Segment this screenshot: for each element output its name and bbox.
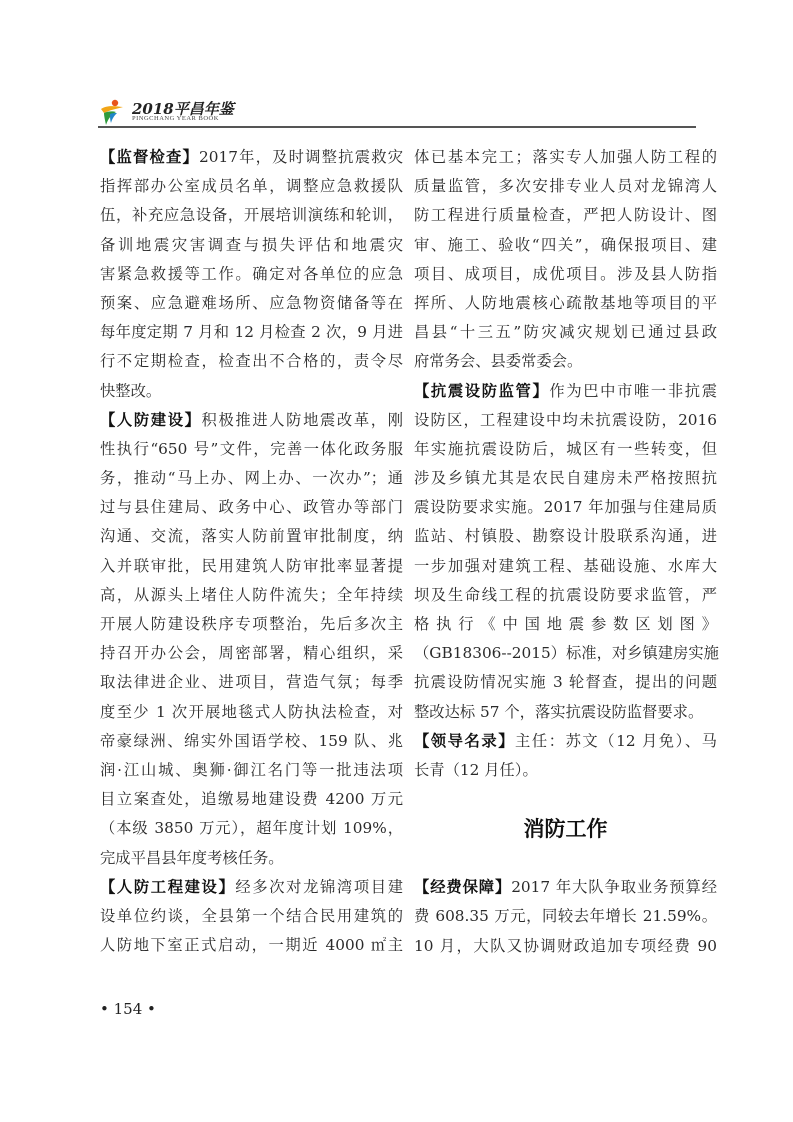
page-number: • 154 • <box>100 1000 156 1018</box>
line-text: 涉及乡镇尤其是农民自建房未严格按照抗 <box>414 469 717 487</box>
text-line: 长青（12 月任）。 <box>414 756 717 785</box>
line-text: 过与县住建局、政务中心、政管办等部门 <box>100 498 403 516</box>
text-line: 指挥部办公室成员名单，调整应急救援队 <box>100 172 403 201</box>
text-line: 性执行“650 号”文件，完善一体化政务服 <box>100 435 403 464</box>
line-text: 备训地震灾害调查与损失评估和地震灾 <box>100 236 403 254</box>
text-line: 度至少 1 次开展地毯式人防执法检查，对 <box>100 698 403 727</box>
line-text: 高，从源头上堵住人防件流失；全年持续 <box>100 586 403 604</box>
line-text: 取法律进企业、进项目，营造气氛；每季 <box>100 673 403 691</box>
section-heading-fire-work: 消防工作 <box>414 785 717 873</box>
section-keyword: 【领导名录】 <box>414 732 515 750</box>
text-line: 快整改。 <box>100 377 403 406</box>
text-line: 一步加强对建筑工程、基础设施、水库大 <box>414 552 717 581</box>
text-line: 预案、应急避难场所、应急物资储备等在 <box>100 289 403 318</box>
paragraph-start-line: 【领导名录】主任：苏文（12 月免）、马 <box>414 727 717 756</box>
text-line: 体已基本完工；落实专人加强人防工程的 <box>414 143 717 172</box>
line-text: 项目、成项目，成优项目。涉及县人防指 <box>414 265 717 283</box>
text-line: 防工程进行质量检查，严把人防设计、图 <box>414 201 717 230</box>
right-column: 体已基本完工；落实专人加强人防工程的质量监管，多次安排专业人员对龙锦湾人防工程进… <box>414 143 717 961</box>
section-keyword: 【人防建设】 <box>100 411 202 429</box>
line-text: 持召开办公会，周密部署，精心组织，采 <box>100 644 403 662</box>
line-text: 经多次对龙锦湾项目建 <box>235 878 403 896</box>
text-line: 昌县“十三五”防灾减灾规划已通过县政 <box>414 318 717 347</box>
line-text: 快整改。 <box>100 382 161 400</box>
line-text: 10 月，大队又协调财政追加专项经费 90 <box>414 937 717 955</box>
text-line: 整改达标 57 个，落实抗震设防监督要求。 <box>414 698 717 727</box>
text-line: （GB18306--2015）标准，对乡镇建房实施 <box>414 639 717 668</box>
line-text: 防工程进行质量检查，严把人防设计、图 <box>414 206 717 224</box>
yearbook-subtitle: PINGCHANG YEAR BOOK <box>132 115 219 122</box>
line-text: 年实施抗震设防后，城区有一些转变，但 <box>414 440 717 458</box>
text-line: 完成平昌县年度考核任务。 <box>100 844 403 873</box>
line-text: 目立案查处，追缴易地建设费 4200 万元 <box>100 790 403 808</box>
text-line: 项目、成项目，成优项目。涉及县人防指 <box>414 260 717 289</box>
text-line: 开展人防建设秩序专项整治，先后多次主 <box>100 610 403 639</box>
text-line: 持召开办公会，周密部署，精心组织，采 <box>100 639 403 668</box>
line-text: 坝及生命线工程的抗震设防要求监管，严 <box>414 586 717 604</box>
section-keyword: 【监督检查】 <box>100 148 199 166</box>
paragraph-start-line: 【人防工程建设】经多次对龙锦湾项目建 <box>100 873 403 902</box>
paragraph-start-line: 【经费保障】2017 年大队争取业务预算经 <box>414 873 717 902</box>
line-text: 作为巴中市唯一非抗震 <box>549 382 717 400</box>
line-text: 抗震设防情况实施 3 轮督查，提出的问题 <box>414 673 717 691</box>
text-line: 挥所、人防地震核心疏散基地等项目的平 <box>414 289 717 318</box>
line-text: 质量监管，多次安排专业人员对龙锦湾人 <box>414 177 717 195</box>
line-text: 务，推动“马上办、网上办、一次办”；通 <box>100 469 403 487</box>
paragraph-start-line: 【人防建设】积极推进人防地震改革，刚 <box>100 406 403 435</box>
line-text: 性执行“650 号”文件，完善一体化政务服 <box>100 440 403 458</box>
section-keyword: 【人防工程建设】 <box>100 878 235 896</box>
text-line: 取法律进企业、进项目，营造气氛；每季 <box>100 668 403 697</box>
text-line: 过与县住建局、政务中心、政管办等部门 <box>100 493 403 522</box>
line-text: 2017 年大队争取业务预算经 <box>511 878 717 896</box>
line-text: 整改达标 57 个，落实抗震设防监督要求。 <box>414 703 703 721</box>
right-column-fire-section: 【经费保障】2017 年大队争取业务预算经费 608.35 万元，同较去年增长 … <box>414 873 717 961</box>
line-text: 指挥部办公室成员名单，调整应急救援队 <box>100 177 403 195</box>
line-text: 每年度定期 7 月和 12 月检查 2 次，9 月进 <box>100 323 403 341</box>
line-text: 府常务会、县委常委会。 <box>414 352 582 370</box>
line-text: 监站、村镇股、勘察设计股联系沟通，进 <box>414 527 717 545</box>
text-line: 务，推动“马上办、网上办、一次办”；通 <box>100 464 403 493</box>
line-text: 沟通、交流，落实人防前置审批制度，纳 <box>100 527 403 545</box>
text-line: 涉及乡镇尤其是农民自建房未严格按照抗 <box>414 464 717 493</box>
text-line: 伍，补充应急设备，开展培训演练和轮训， <box>100 201 403 230</box>
text-line: 人防地下室正式启动，一期近 4000 ㎡主 <box>100 931 403 960</box>
line-text: 审、施工、验收“四关”，确保报项目、建 <box>414 236 717 254</box>
text-line: 抗震设防情况实施 3 轮督查，提出的问题 <box>414 668 717 697</box>
text-line: 监站、村镇股、勘察设计股联系沟通，进 <box>414 522 717 551</box>
line-text: 格执行《中国地震参数区划图》 <box>414 615 717 633</box>
text-line: 设单位约谈，全县第一个结合民用建筑的 <box>100 902 403 931</box>
line-text: 震设防要求实施。2017 年加强与住建局质 <box>414 498 717 516</box>
line-text: 预案、应急避难场所、应急物资储备等在 <box>100 294 403 312</box>
text-line: 润·江山城、奥狮·御江名门等一批违法项 <box>100 756 403 785</box>
text-line: 震设防要求实施。2017 年加强与住建局质 <box>414 493 717 522</box>
text-line: 高，从源头上堵住人防件流失；全年持续 <box>100 581 403 610</box>
text-line: 每年度定期 7 月和 12 月检查 2 次，9 月进 <box>100 318 403 347</box>
line-text: 主任：苏文（12 月免）、马 <box>515 732 717 750</box>
line-text: 开展人防建设秩序专项整治，先后多次主 <box>100 615 403 633</box>
text-line: 害紧急救援等工作。确定对各单位的应急 <box>100 260 403 289</box>
text-line: 格执行《中国地震参数区划图》 <box>414 610 717 639</box>
line-text: 度至少 1 次开展地毯式人防执法检查，对 <box>100 703 403 721</box>
line-text: 2017年，及时调整抗震救灾 <box>199 148 403 166</box>
right-column-earthquake-section: 体已基本完工；落实专人加强人防工程的质量监管，多次安排专业人员对龙锦湾人防工程进… <box>414 143 717 785</box>
text-line: 目立案查处，追缴易地建设费 4200 万元 <box>100 785 403 814</box>
line-text: 帝豪绿洲、绵实外国语学校、159 队、兆 <box>100 732 403 750</box>
text-line: 坝及生命线工程的抗震设防要求监管，严 <box>414 581 717 610</box>
page-header: 2018平昌年鉴 PINGCHANG YEAR BOOK <box>98 98 696 128</box>
pingchang-yearbook-logo-icon <box>98 98 126 126</box>
text-line: （本级 3850 万元），超年度计划 109%， <box>100 814 403 843</box>
section-keyword: 【抗震设防监管】 <box>414 382 549 400</box>
header-divider <box>98 126 696 128</box>
line-text: （本级 3850 万元），超年度计划 109%， <box>100 819 403 837</box>
text-line: 质量监管，多次安排专业人员对龙锦湾人 <box>414 172 717 201</box>
text-line: 费 608.35 万元，同较去年增长 21.59%。 <box>414 902 717 931</box>
line-text: 挥所、人防地震核心疏散基地等项目的平 <box>414 294 717 312</box>
left-column: 【监督检查】2017年，及时调整抗震救灾指挥部办公室成员名单，调整应急救援队伍，… <box>100 143 403 960</box>
line-text: 设防区，工程建设中均未抗震设防，2016 <box>414 411 717 429</box>
line-text: 害紧急救援等工作。确定对各单位的应急 <box>100 265 403 283</box>
line-text: 长青（12 月任）。 <box>414 761 538 779</box>
line-text: 费 608.35 万元，同较去年增长 21.59%。 <box>414 907 717 925</box>
line-text: 体已基本完工；落实专人加强人防工程的 <box>414 148 717 166</box>
line-text: 人防地下室正式启动，一期近 4000 ㎡主 <box>100 936 403 954</box>
text-line: 府常务会、县委常委会。 <box>414 347 717 376</box>
line-text: 润·江山城、奥狮·御江名门等一批违法项 <box>100 761 403 779</box>
line-text: （GB18306--2015）标准，对乡镇建房实施 <box>414 644 719 662</box>
line-text: 设单位约谈，全县第一个结合民用建筑的 <box>100 907 403 925</box>
line-text: 完成平昌县年度考核任务。 <box>100 849 284 867</box>
line-text: 入并联审批，民用建筑人防审批率显著提 <box>100 557 403 575</box>
text-line: 设防区，工程建设中均未抗震设防，2016 <box>414 406 717 435</box>
line-text: 昌县“十三五”防灾减灾规划已通过县政 <box>414 323 717 341</box>
text-line: 入并联审批，民用建筑人防审批率显著提 <box>100 552 403 581</box>
paragraph-start-line: 【监督检查】2017年，及时调整抗震救灾 <box>100 143 403 172</box>
text-line: 沟通、交流，落实人防前置审批制度，纳 <box>100 522 403 551</box>
section-keyword: 【经费保障】 <box>414 878 511 896</box>
paragraph-start-line: 【抗震设防监管】作为巴中市唯一非抗震 <box>414 377 717 406</box>
line-text: 行不定期检查，检查出不合格的，责令尽 <box>100 352 403 370</box>
line-text: 一步加强对建筑工程、基础设施、水库大 <box>414 557 717 575</box>
text-line: 10 月，大队又协调财政追加专项经费 90 <box>414 932 717 961</box>
text-line: 年实施抗震设防后，城区有一些转变，但 <box>414 435 717 464</box>
text-line: 审、施工、验收“四关”，确保报项目、建 <box>414 231 717 260</box>
text-line: 备训地震灾害调查与损失评估和地震灾 <box>100 231 403 260</box>
text-line: 行不定期检查，检查出不合格的，责令尽 <box>100 347 403 376</box>
line-text: 积极推进人防地震改革，刚 <box>202 411 403 429</box>
text-line: 帝豪绿洲、绵实外国语学校、159 队、兆 <box>100 727 403 756</box>
line-text: 伍，补充应急设备，开展培训演练和轮训， <box>100 206 403 224</box>
